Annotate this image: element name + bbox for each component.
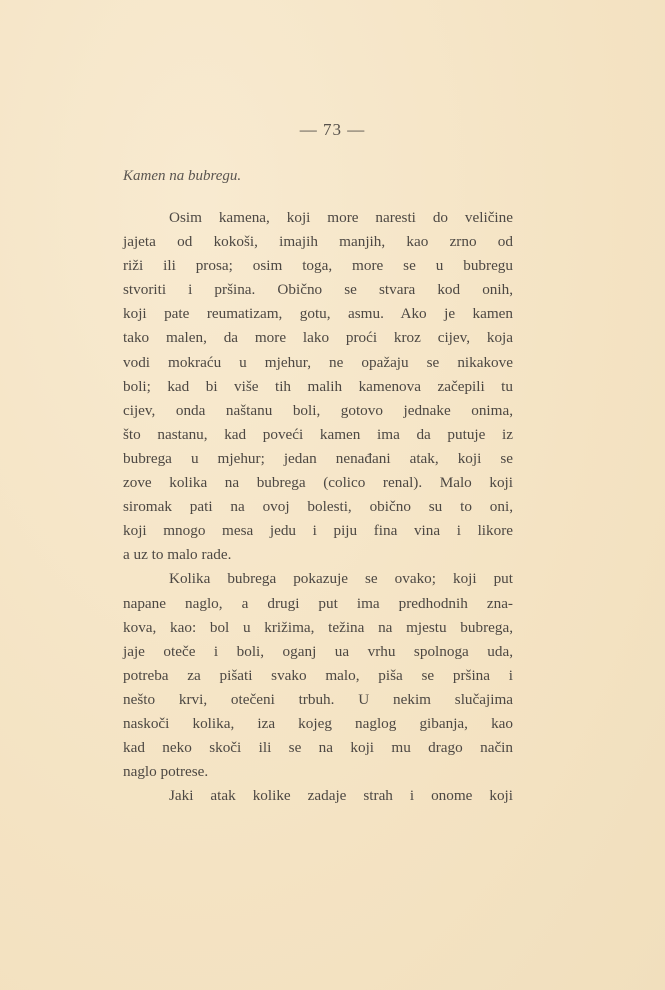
text-line: zove kolika na bubrega (colico renal). M… [123,471,513,495]
text-line: riži ili prosa; osim toga, more se u bub… [123,254,513,278]
text-line: vodi mokraću u mjehur, ne opažaju se nik… [123,351,513,375]
paragraph-3: Jaki atak kolike zadaje strah i onome ko… [123,784,513,808]
text-line: siromak pati na ovoj bolesti, obično su … [123,495,513,519]
text-line: naglo potrese. [123,760,513,784]
text-line: a uz to malo rade. [123,543,513,567]
text-line: naskoči kolika, iza kojeg naglog gibanja… [123,712,513,736]
text-line: tako malen, da more lako proći kroz cije… [123,326,513,350]
text-line: bubrega u mjehur; jedan nenađani atak, k… [123,447,513,471]
text-line: jaje oteče i boli, oganj ua vrhu spolnog… [123,640,513,664]
page-number: — 73 — [0,120,665,140]
text-line: što nastanu, kad poveći kamen ima da put… [123,423,513,447]
text-line: cijev, onda naštanu boli, gotovo jednake… [123,399,513,423]
text-line: kad neko skoči ili se na koji mu drago n… [123,736,513,760]
text-line: potreba za pišati svako malo, piša se pr… [123,664,513,688]
text-line: koji pate reumatizam, gotu, asmu. Ako je… [123,302,513,326]
text-line: jajeta od kokoši, imajih manjih, kao zrn… [123,230,513,254]
text-line: Kolika bubrega pokazuje se ovako; koji p… [123,567,513,591]
section-heading: Kamen na bubregu. [123,168,241,185]
text-line: boli; kad bi više tih malih kamenova zač… [123,375,513,399]
text-line: kova, kao: bol u križima, težina na mjes… [123,616,513,640]
paragraph-2: Kolika bubrega pokazuje se ovako; koji p… [123,567,513,784]
text-line: nešto krvi, otečeni trbuh. U nekim sluča… [123,688,513,712]
text-line: koji mnogo mesa jedu i piju fina vina i … [123,519,513,543]
text-line: stvoriti i pršina. Obično se stvara kod … [123,278,513,302]
text-line: Osim kamena, koji more naresti do veliči… [123,206,513,230]
text-line: Jaki atak kolike zadaje strah i onome ko… [123,784,513,808]
text-line: napane naglo, a drugi put ima predhodnih… [123,592,513,616]
body-text: Osim kamena, koji more naresti do veliči… [123,206,513,808]
paragraph-1: Osim kamena, koji more naresti do veliči… [123,206,513,567]
